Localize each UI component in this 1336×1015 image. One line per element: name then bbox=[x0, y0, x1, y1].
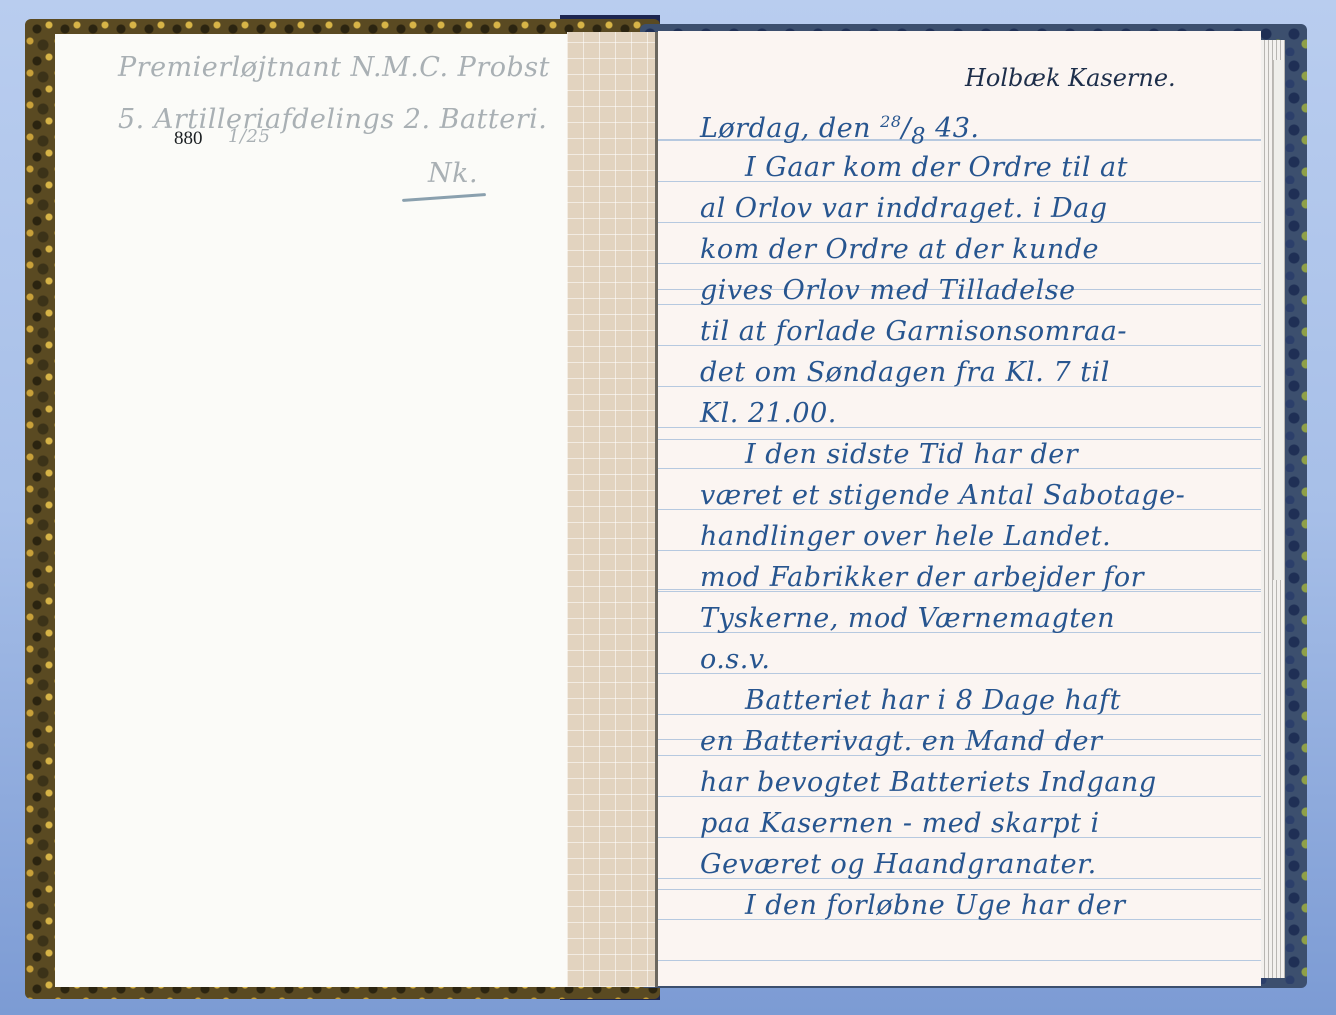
diary-line: I den forløbne Uge har der bbox=[745, 890, 1126, 921]
pencil-overlap-fragment: 1/25 bbox=[228, 126, 270, 147]
diary-line: til at forlade Garnisonsomraa- bbox=[700, 316, 1127, 347]
loose-page-edge bbox=[1273, 60, 1284, 580]
diary-line: været et stigende Antal Sabotage- bbox=[700, 480, 1185, 511]
location-heading: Holbæk Kaserne. bbox=[965, 64, 1176, 92]
date-day: 28 bbox=[880, 112, 901, 131]
diary-line: I den sidste Tid har der bbox=[745, 439, 1078, 470]
endpaper-left-page bbox=[55, 34, 567, 987]
diary-line: en Batterivagt. en Mand der bbox=[700, 726, 1102, 757]
diary-line: det om Søndagen fra Kl. 7 til bbox=[700, 357, 1110, 388]
diary-line: Kl. 21.00. bbox=[700, 398, 837, 429]
pencil-note-name: Premierløjtnant N.M.C. Probst bbox=[118, 52, 550, 83]
diary-line: mod Fabrikker der arbejder for bbox=[700, 562, 1144, 593]
inventory-stamp-number: 880 bbox=[174, 128, 203, 150]
diary-line: handlinger over hele Landet. bbox=[700, 521, 1111, 552]
date-year: 43. bbox=[935, 113, 979, 144]
date-weekday: Lørdag, den bbox=[700, 113, 871, 144]
diary-line: I Gaar kom der Ordre til at bbox=[745, 152, 1128, 183]
diary-line: paa Kasernen - med skarpt i bbox=[700, 808, 1100, 839]
date-line: Lørdag, den 28/8 43. bbox=[700, 112, 980, 149]
pencil-note-initials: Nk. bbox=[428, 158, 478, 189]
diary-line: gives Orlov med Tilladelse bbox=[700, 275, 1076, 306]
diary-line: har bevogtet Batteriets Indgang bbox=[700, 767, 1157, 798]
diary-line: o.s.v. bbox=[700, 644, 770, 675]
diary-line: Tyskerne, mod Værnemagten bbox=[700, 603, 1115, 634]
page-block-edges bbox=[1261, 40, 1285, 978]
diary-line: Batteriet har i 8 Dage haft bbox=[745, 685, 1121, 716]
diary-line: kom der Ordre at der kunde bbox=[700, 234, 1099, 265]
diary-line: al Orlov var inddraget. i Dag bbox=[700, 193, 1108, 224]
diary-line: Geværet og Haandgranater. bbox=[700, 849, 1097, 880]
date-month: 8 bbox=[911, 123, 926, 149]
spine-gauze-hinge bbox=[567, 32, 658, 987]
